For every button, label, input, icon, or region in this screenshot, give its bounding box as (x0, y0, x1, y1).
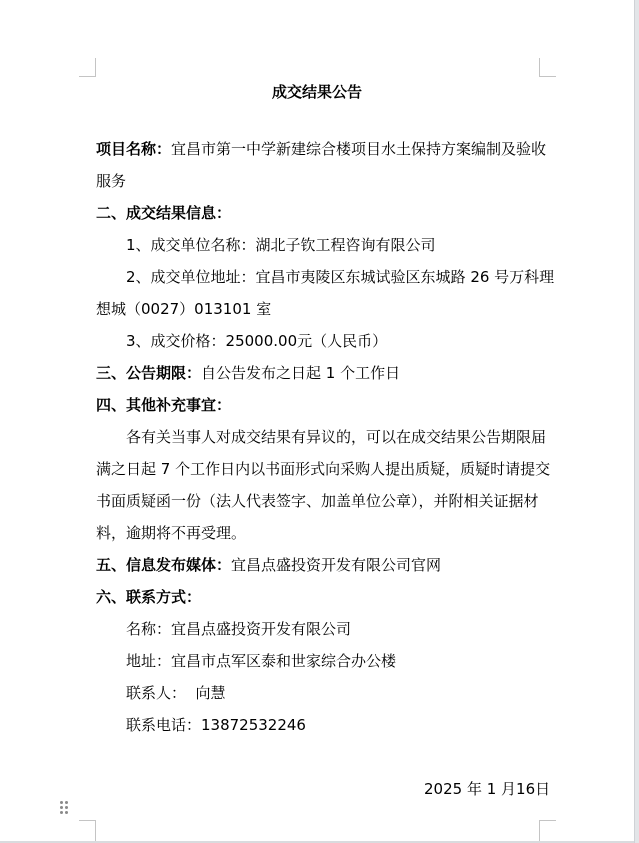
objection-para-line-2: 满之日起 7 个工作日内以书面形式向采购人提出质疑，质疑时请提交 (96, 460, 550, 478)
project-name-line-2: 服务 (96, 172, 126, 190)
winner-price: 3、成交价格：25000.00元（人民币） (126, 332, 387, 350)
margin-corner-top-right (539, 58, 556, 77)
margin-corner-top-left (79, 58, 96, 77)
section-5-value: 宜昌点盛投资开发有限公司官网 (231, 556, 441, 574)
objection-para-line-3: 书面质疑函一份（法人代表签字、加盖单位公章），并附相关证据材 (96, 492, 539, 510)
margin-corner-bottom-left (79, 820, 96, 843)
page-right-gutter (634, 0, 639, 843)
section-3-line: 三、公告期限：自公告发布之日起 1 个工作日 (96, 364, 400, 382)
document-page: 成交结果公告 项目名称：宜昌市第一中学新建综合楼项目水土保持方案编制及验收 服务… (0, 0, 634, 841)
section-2-heading: 二、成交结果信息： (96, 204, 231, 222)
drag-handle-icon[interactable] (60, 801, 68, 815)
section-4-heading-text: 四、其他补充事宜： (96, 396, 231, 414)
winner-address-line-1: 2、成交单位地址：宜昌市夷陵区东城试验区东城路 26 号万科理 (126, 268, 554, 286)
contact-address: 地址：宜昌市点军区泰和世家综合办公楼 (126, 652, 396, 670)
objection-para-line-1: 各有关当事人对成交结果有异议的，可以在成交结果公告期限届 (126, 428, 546, 446)
section-6-heading-text: 六、联系方式： (96, 588, 201, 606)
contact-phone: 联系电话：13872532246 (126, 716, 306, 734)
section-5-line: 五、信息发布媒体：宜昌点盛投资开发有限公司官网 (96, 556, 441, 574)
section-3-heading: 三、公告期限： (96, 364, 201, 382)
winner-name: 1、成交单位名称：湖北子钦工程咨询有限公司 (126, 236, 436, 254)
contact-person: 联系人： 向慧 (126, 684, 226, 702)
objection-para-line-4: 料，逾期将不再受理。 (96, 524, 246, 542)
section-4-heading: 四、其他补充事宜： (96, 396, 231, 414)
section-5-heading: 五、信息发布媒体： (96, 556, 231, 574)
section-6-heading: 六、联系方式： (96, 588, 201, 606)
project-name-line: 项目名称：宜昌市第一中学新建综合楼项目水土保持方案编制及验收 (96, 140, 546, 158)
document-title: 成交结果公告 (0, 82, 634, 102)
project-name-label: 项目名称： (96, 140, 171, 158)
section-2-heading-text: 二、成交结果信息： (96, 204, 231, 222)
contact-company-name: 名称：宜昌点盛投资开发有限公司 (126, 620, 351, 638)
section-3-value: 自公告发布之日起 1 个工作日 (201, 364, 400, 382)
project-name-value: 宜昌市第一中学新建综合楼项目水土保持方案编制及验收 (171, 140, 546, 158)
announcement-date: 2025 年 1 月16日 (424, 780, 550, 798)
margin-corner-bottom-right (539, 820, 556, 843)
winner-address-line-2: 想城（0027）013101 室 (96, 300, 271, 318)
